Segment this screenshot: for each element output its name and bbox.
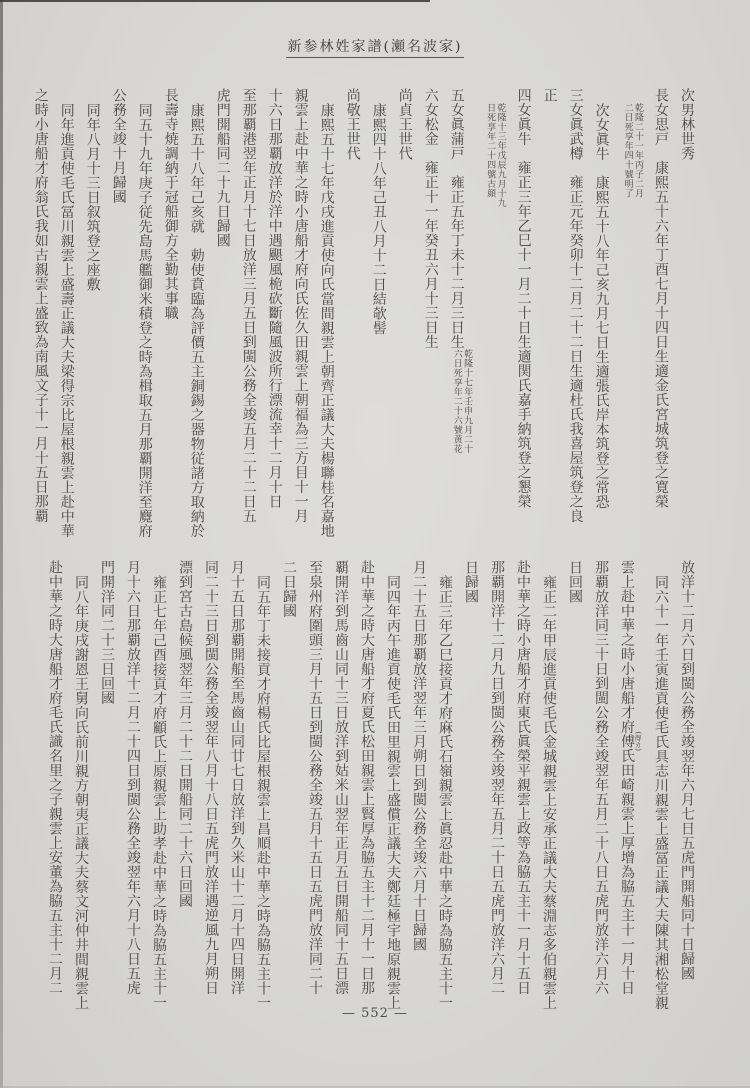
text-column: 二日歸國: [282, 560, 296, 1016]
text-column: 月十六日那覇放洋十二月二十四日到閩公務全竣翌年六月十八日五虎: [126, 560, 140, 1016]
text-column: 長壽寺焼調納于冠船御方全勤其事職: [164, 88, 178, 544]
text-column: 同六十一年壬寅進貢使毛氏具志川親雲上盛冨正議大夫陳其湘松堂親: [654, 560, 668, 1016]
page-title: 新参林姓家譜(瀬名波家): [0, 36, 750, 56]
text-column: 同五年丁未接貢才府楊氏比屋根親雲上昌順赴中華之時為脇五主十一: [256, 560, 270, 1016]
text-column: 赴中華之時大唐船才府毛氏識名里之子親雲上安董為脇五主十二月二: [48, 560, 62, 1016]
text-column: 次男林世秀: [680, 88, 694, 544]
page-number: — 552 —: [0, 1006, 750, 1021]
text-column: 雍正七年己酉接貢才府顧氏上原親雲上助孝赴中華之時為脇五主十一: [152, 560, 166, 1016]
page-title-text: 新参林姓家譜(瀬名波家): [286, 39, 465, 58]
text-column: 赴中華之時大唐船才府夏氏松田親雲上賢厚為脇五主十二月十一日那: [360, 560, 374, 1016]
text-column: 日回國: [568, 560, 582, 1016]
text-column: 虎門開船同二十九日歸國: [216, 88, 230, 544]
text-column: 六女松金 雍正十一年癸丑六月十三日生: [424, 88, 438, 544]
scan-edge-top: [0, 0, 430, 2]
text-column: 至那覇港翌年正月十七日放洋三月五日到閩公務全竣五月二十二日五: [242, 88, 256, 544]
text-column: 那覇開洋十二月九日到閩公務全竣翌年五月二十日五虎門放洋六月二: [490, 560, 504, 1016]
text-column: 康熙四十八年己丑八月十二日結欹髻: [372, 88, 386, 544]
genealogy-scan-page: 新参林姓家譜(瀬名波家) 次男林世秀長女思戸 康熙五十六年丁酉七月十四日生適金氏…: [0, 0, 750, 1088]
text-column: 乾隆十三年戊辰九月十九日死享年二十四號古顔: [483, 88, 504, 544]
text-column: 三女眞武樽 雍正元年癸卯十二月二十二日生適杜氏我喜屋筑登之良: [569, 88, 583, 544]
text-column: 日歸國: [464, 560, 478, 1016]
warichu-note: 乾隆十七年壬申九月二十六日死享年二十六號黄花: [450, 349, 471, 454]
text-column: 漂到宮古島候風翌年三月二十二日開船同二十六日回國: [178, 560, 192, 1016]
warichu-note: 乾隆十三年戊辰九月十九日死享年二十四號古顔: [484, 103, 505, 208]
text-column: 尚敬王世代: [346, 88, 360, 544]
text-column: 月十五日那覇開船至馬齒山同廿七日放洋到久米山十二月十四日開洋: [230, 560, 244, 1016]
text-column: 公務全竣十月歸國: [112, 88, 126, 544]
text-column: 長女思戸 康熙五十六年丁酉七月十四日生適金氏宮城筑登之寛榮: [654, 88, 668, 544]
text-column: 十六日那覇放洋於洋中遇颶風桅砍斷隨風波所行漂流幸十二月十日: [268, 88, 282, 544]
text-column: 同五十九年庚子従先島馬艦御米積登之時為楫取五月那覇開洋至麑府: [138, 88, 152, 544]
text-column: 康熙五十八年己亥就 勅使賁臨為評價五主銅錫之器物従諸方取納於: [190, 88, 204, 544]
text-column: 雍正三年乙巳接貢才府麻氏石嶺親雲上眞忍赴中華之時為脇五主十一: [438, 560, 452, 1016]
scan-edge-left: [0, 0, 3, 1088]
text-column: 月二十五日那覇放洋翌年三月朔日到閩公務全竣六月十日歸國: [412, 560, 426, 1016]
lower-text-block: 放洋十二月六日到閩公務全竣翌年六月七日五虎門開船同十日歸國同六十一年壬寅進貢使毛…: [36, 560, 694, 1016]
text-column: 五女眞蒲戸 雍正五年丁未十二月三日生乾隆十七年壬申九月二十六日死享年二十六號黄花: [450, 88, 471, 544]
text-column: 同二十三日到閩公務全竣翌年八月十八日五虎門放洋遇逆風九月朔日: [204, 560, 218, 1016]
text-column: 雍正二年甲辰進貢使毛氏金城親雲上安承正議大夫蔡淵志多伯親雲上: [542, 560, 556, 1016]
text-column: 正: [543, 88, 557, 544]
text-column: 親雲上赴中華之時小唐船才府向氏佐久田親雲上朝福為三方目十一月: [294, 88, 308, 544]
text-column: 赴中華之時小唐船才府東氏眞榮平親雲上政等為脇五主十一月十五日: [516, 560, 530, 1016]
text-column: 康熙五十七年戊戌進貢使向氏當間親雲上朝齊正議大夫楊聯桂名嘉地: [320, 88, 334, 544]
text-column: 乾隆二十一年丙子二月二日死享年四十號明了: [621, 88, 642, 544]
text-column: 同四年丙午進貢使毛氏田里親雲上盛償正議大夫鄭廷極宇地原親雲上: [386, 560, 400, 1016]
text-column: 放洋十二月六日到閩公務全竣翌年六月七日五虎門開船同十日歸國: [680, 560, 694, 1016]
upper-text-block: 次男林世秀長女思戸 康熙五十六年丁酉七月十四日生適金氏宮城筑登之寛榮乾隆二十一年…: [22, 88, 694, 544]
text-column: 次女眞牛 康熙五十八年己亥九月七日生適張氏岸本筑登之常恐: [595, 88, 609, 544]
text-column: 同八年庚戌謝恩王舅向氏前川親方朝夷正議大夫蔡文河仲井間親雲上: [74, 560, 88, 1016]
text-column: 尚貞王世代: [398, 88, 412, 544]
text-column: 雲上赴中華之時小唐船才府傅(得カ)氏田崎親雲上厚增為脇五主十一月十日: [620, 560, 642, 1016]
text-column: 四女眞牛 雍正三年乙巳十一月二十日生適関氏嘉手納筑登之懇榮: [517, 88, 531, 544]
text-column: 之時小唐船才府翁氏我如古親雲上盛致為南風文子十一月十五日那覇: [34, 88, 48, 544]
text-column: 那覇放洋同三十日到閩公務全竣翌年五月二十八日五虎門放洋六月六: [594, 560, 608, 1016]
text-column: 覇開洋到馬齒山同十三日放洋到姑米山翌年正月五日開船同十五日漂: [334, 560, 348, 1016]
text-column: 至泉州府圍頭三月十五日到閩公務全竣五月十五日五虎門放洋同二十: [308, 560, 322, 1016]
text-column: 同年八月十三日叙筑登之座敷: [86, 88, 100, 544]
ruby-annotation: 傅(得カ): [619, 734, 635, 749]
text-column: 門開洋同二十三日回國: [100, 560, 114, 1016]
text-column: 同年進貢使毛氏冨川親雲上盛壽正議大夫梁得宗比屋根親雲上赴中華: [60, 88, 74, 544]
warichu-note: 乾隆二十一年丙子二月二日死享年四十號明了: [621, 103, 642, 198]
